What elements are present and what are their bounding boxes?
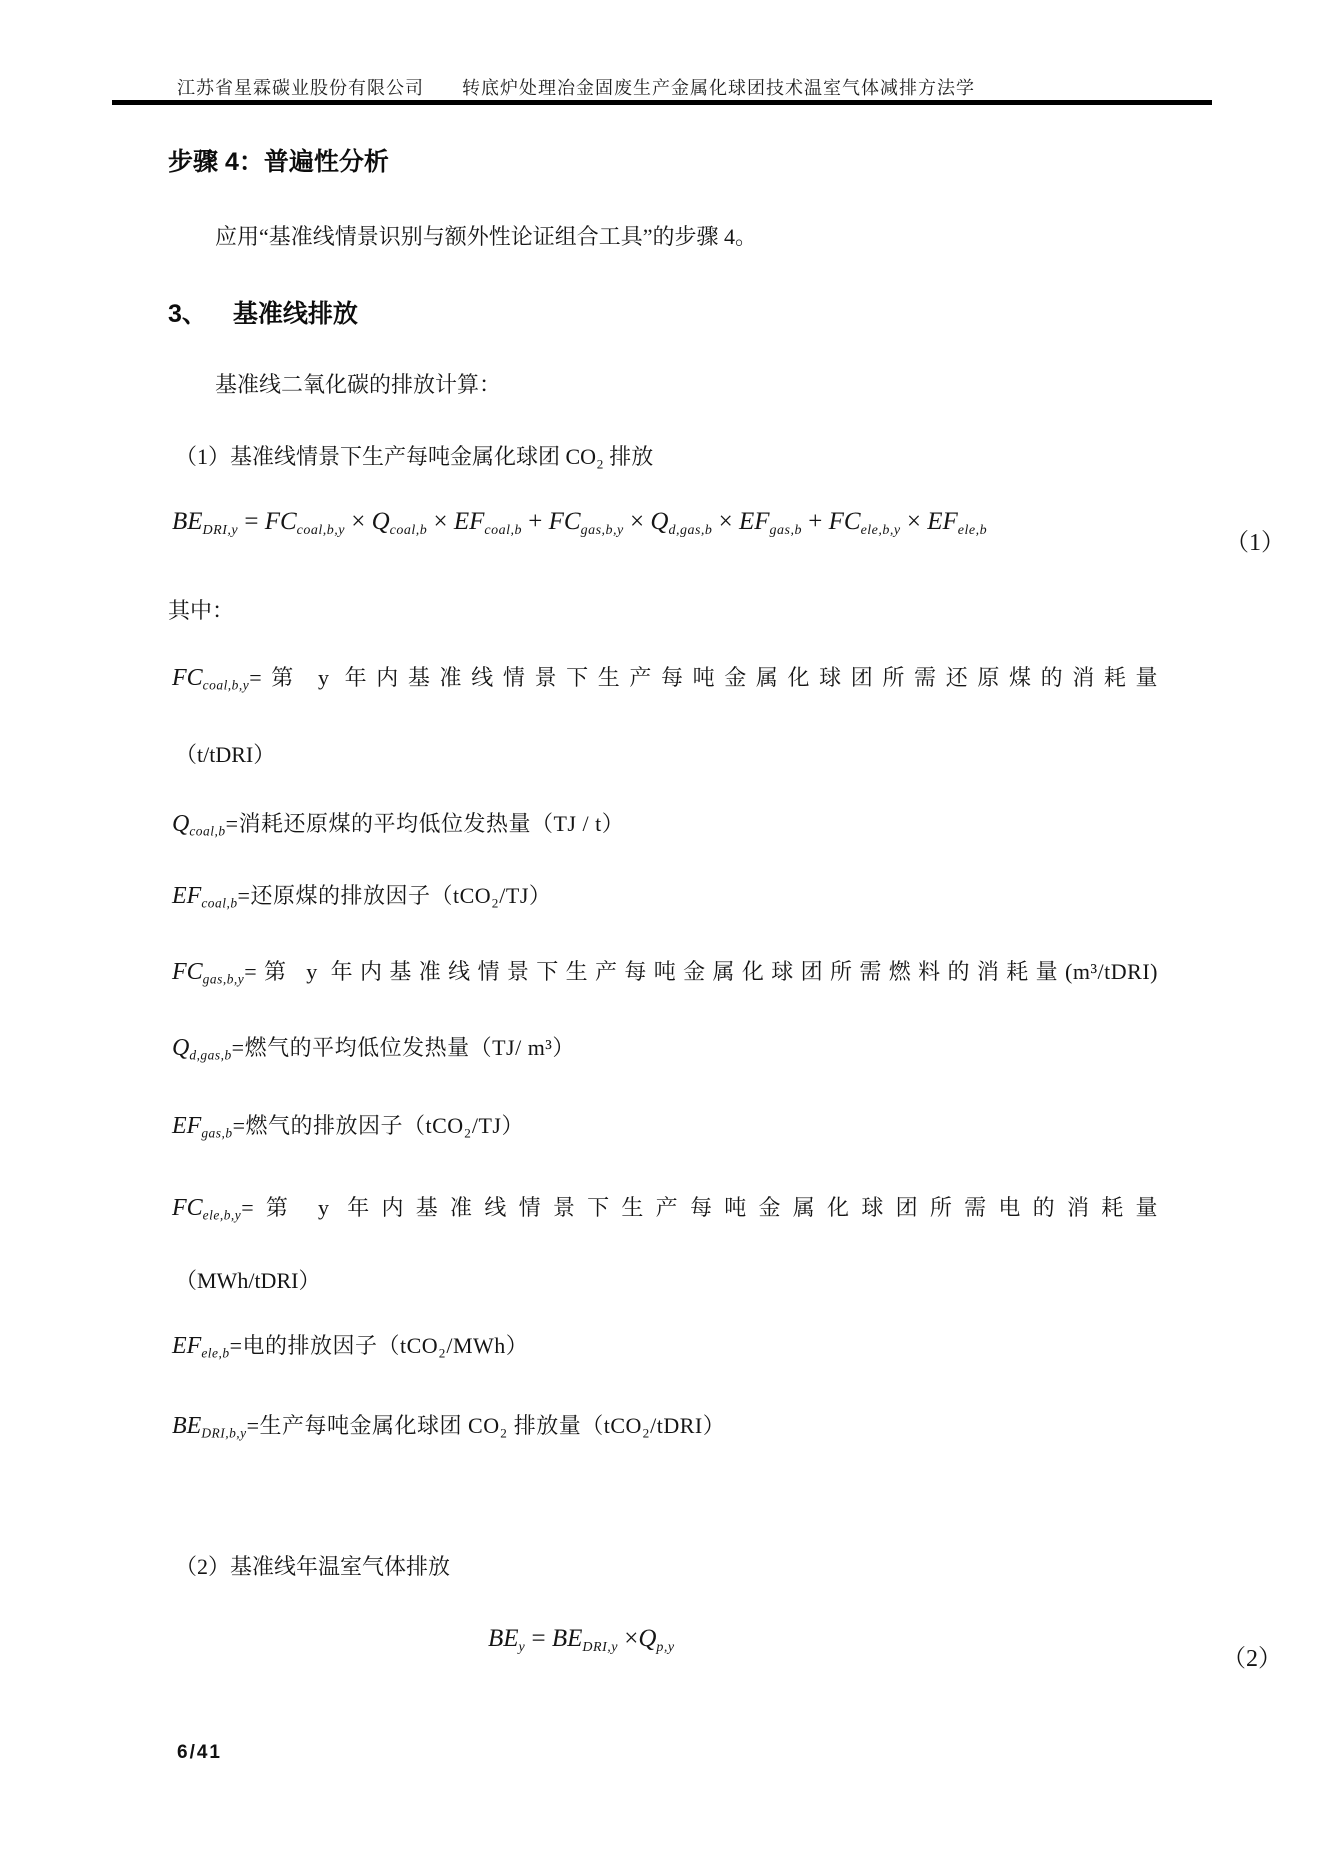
- definition-text: =第 y 年内基准线情景下生产每吨金属化球团所需电的消耗量: [241, 1195, 1158, 1220]
- var-fc-gas: FCgas,b,y: [172, 959, 244, 985]
- page-number: 6/41: [177, 1742, 222, 1764]
- var-ef-gas: EFgas,b: [172, 1113, 233, 1139]
- section3-heading: 3、 基准线排放: [168, 298, 358, 332]
- item1-label: （1）基准线情景下生产每吨金属化球团 CO₂ 排放: [175, 442, 653, 472]
- definition-q-gas: Qd,gas,b=燃气的平均低位发热量（TJ/ m³）: [172, 1032, 575, 1064]
- var-fc-ele: FCele,b,y: [172, 1195, 241, 1221]
- section3-number: 3、: [168, 298, 207, 332]
- definition-be-dri: BEDRI,b,y=生产每吨金属化球团 CO₂ 排放量（tCO₂/tDRI）: [172, 1410, 725, 1442]
- definition-text: =消耗还原煤的平均低位发热量（TJ / t）: [226, 811, 625, 836]
- definition-text: =第 y 年内基准线情景下生产每吨金属化球团所需燃料的消耗量(m³/tDRI): [244, 959, 1158, 984]
- definition-text: =燃气的排放因子（tCO₂/TJ）: [233, 1113, 524, 1138]
- formula-1-row: BEDRI,y = FCcoal,b,y × Qcoal,b × EFcoal,…: [172, 508, 1285, 557]
- step4-heading-text: 步骤 4：普遍性分析: [168, 146, 389, 180]
- definition-fc-ele: FCele,b,y=第 y 年内基准线情景下生产每吨金属化球团所需电的消耗量: [172, 1192, 1158, 1224]
- equation-1-number: （1）: [1225, 522, 1285, 557]
- among-label: 其中：: [168, 596, 234, 626]
- definition-ef-ele: EFele,b=电的排放因子（tCO₂/MWh）: [172, 1330, 528, 1362]
- var-be-dri: BEDRI,b,y: [172, 1413, 247, 1439]
- step4-heading: 步骤 4：普遍性分析: [168, 146, 389, 180]
- definition-text: =电的排放因子（tCO₂/MWh）: [230, 1333, 529, 1358]
- definition-fc-gas: FCgas,b,y=第 y 年内基准线情景下生产每吨金属化球团所需燃料的消耗量(…: [172, 956, 1158, 988]
- var-fc-coal: FCcoal,b,y: [172, 665, 249, 691]
- definition-text: =生产每吨金属化球团 CO₂ 排放量（tCO₂/tDRI）: [247, 1413, 726, 1438]
- equation-2-number-text: （2）: [1222, 1646, 1282, 1672]
- var-q-gas: Qd,gas,b: [172, 1035, 232, 1061]
- definition-ef-gas: EFgas,b=燃气的排放因子（tCO₂/TJ）: [172, 1110, 524, 1142]
- definition-text: =第 y 年内基准线情景下生产每吨金属化球团所需还原煤的消耗量: [249, 665, 1158, 690]
- unit-mwh-per-tdri: （MWh/tDRI）: [175, 1266, 320, 1296]
- definition-fc-coal: FCcoal,b,y=第 y 年内基准线情景下生产每吨金属化球团所需还原煤的消耗…: [172, 662, 1158, 694]
- definition-text: =还原煤的排放因子（tCO₂/TJ）: [238, 883, 552, 908]
- var-q-coal: Qcoal,b: [172, 811, 226, 837]
- formula-2-body: BEy = BEDRI,y ×Qp,y: [488, 1625, 675, 1652]
- formula-1: BEDRI,y = FCcoal,b,y × Qcoal,b × EFcoal,…: [172, 508, 987, 536]
- equation-2-number: （2）: [1222, 1643, 1282, 1675]
- var-ef-coal: EFcoal,b: [172, 883, 238, 909]
- definition-q-coal: Qcoal,b=消耗还原煤的平均低位发热量（TJ / t）: [172, 808, 624, 840]
- step4-body: 应用“基准线情景识别与额外性论证组合工具”的步骤 4。: [215, 222, 757, 252]
- definition-ef-coal: EFcoal,b=还原煤的排放因子（tCO₂/TJ）: [172, 880, 551, 912]
- unit-t-per-tdri: （t/tDRI）: [175, 740, 275, 770]
- intro-sentence: 基准线二氧化碳的排放计算：: [215, 370, 501, 400]
- header-company: 江苏省星霖碳业股份有限公司: [177, 74, 424, 100]
- item2-label: （2）基准线年温室气体排放: [175, 1552, 450, 1582]
- header-rule: [112, 100, 1212, 105]
- header-doc-title: 转底炉处理冶金固废生产金属化球团技术温室气体减排方法学: [462, 74, 975, 100]
- section3-title: 基准线排放: [233, 298, 358, 332]
- document-page: 江苏省星霖碳业股份有限公司 转底炉处理冶金固废生产金属化球团技术温室气体减排方法…: [0, 0, 1323, 1871]
- var-ef-ele: EFele,b: [172, 1333, 230, 1359]
- formula-2: BEy = BEDRI,y ×Qp,y: [488, 1622, 675, 1656]
- definition-text: =燃气的平均低位发热量（TJ/ m³）: [232, 1035, 575, 1060]
